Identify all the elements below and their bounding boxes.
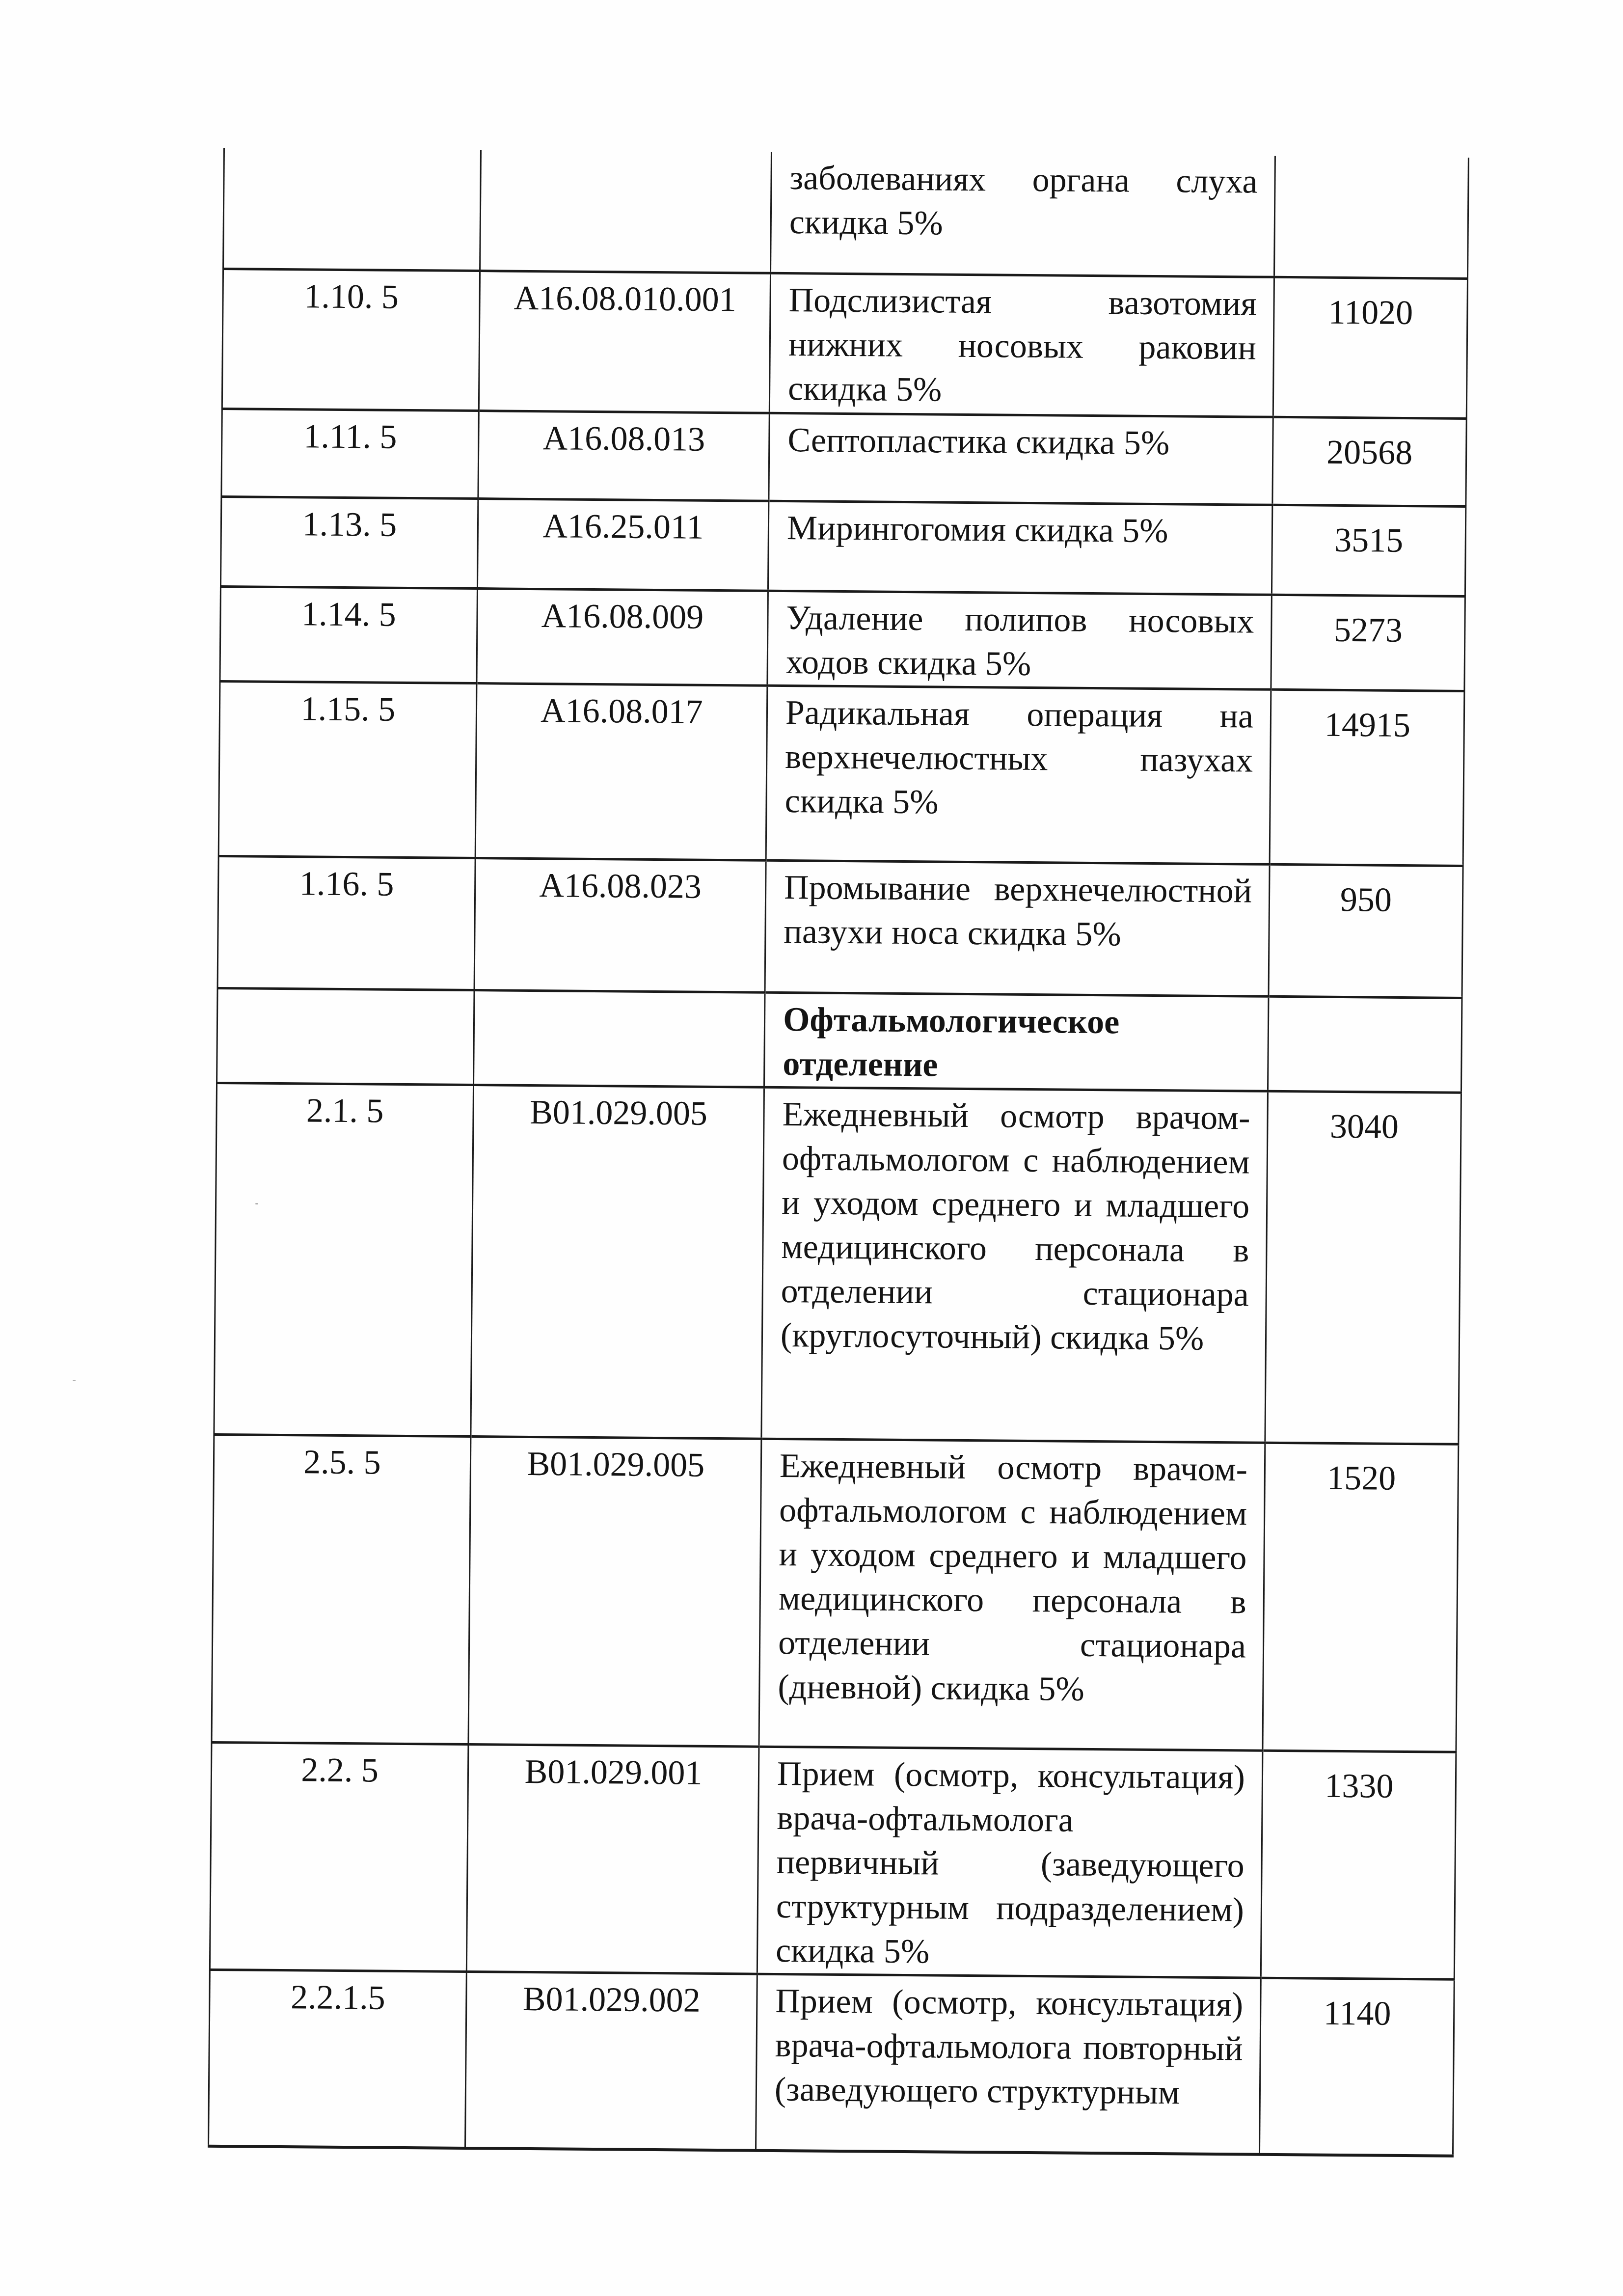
table-row: 1.14. 5 А16.08.009 Удаление полипов носо… — [220, 586, 1465, 691]
item-number-cell: 2.2. 5 — [210, 1742, 468, 1971]
service-code-cell — [480, 150, 772, 273]
price-cell: 20568 — [1272, 417, 1466, 506]
service-description: Ежедневный осмотр врачом-офтальмологом с… — [781, 1093, 1250, 1361]
service-description: Промывание верхнечелюстной пазухи носа с… — [784, 866, 1252, 957]
price-cell: 5273 — [1271, 595, 1465, 691]
service-code-cell — [474, 990, 765, 1087]
table-row: 2.2.1.5 В01.029.002 Прием (осмотр, консу… — [209, 1969, 1455, 2156]
service-description-cell: Прием (осмотр, консультация) врача-офтал… — [757, 1747, 1263, 1978]
service-description-cell: Промывание верхнечелюстной пазухи носа с… — [765, 860, 1270, 996]
service-description-cell: Радикальная операция на верхнечелюстных … — [766, 685, 1271, 864]
table-row: 1.13. 5 А16.25.011 Мирингогомия скидка 5… — [220, 496, 1465, 596]
item-number-cell: 1.14. 5 — [220, 586, 477, 683]
item-number-cell: 2.2.1.5 — [209, 1969, 467, 2148]
service-description-cell: Ежедневный осмотр врачом-офтальмологом с… — [759, 1439, 1265, 1750]
price-cell: 1140 — [1259, 1978, 1454, 2156]
table-row: 2.5. 5 В01.029.005 Ежедневный осмотр вра… — [212, 1434, 1459, 1752]
service-code-cell: В01.029.001 — [466, 1744, 759, 1974]
service-code-cell: В01.029.005 — [468, 1436, 761, 1747]
service-description: Мирингогомия скидка 5% — [787, 506, 1255, 554]
item-number-cell: 2.5. 5 — [212, 1434, 471, 1744]
item-number-cell: 1.13. 5 — [220, 496, 478, 588]
price-cell: 3040 — [1265, 1091, 1461, 1444]
section-heading: Офтальмологическое отделение — [783, 998, 1251, 1090]
price-cell: 3515 — [1271, 505, 1465, 596]
service-description: Септопластика скидка 5% — [787, 418, 1256, 466]
table-row: 2.1. 5 В01.029.005 Ежедневный осмотр вра… — [214, 1083, 1461, 1444]
service-description-cell: Прием (осмотр, консультация) врача-офтал… — [756, 1974, 1261, 2155]
service-code-cell: А16.08.010.001 — [479, 271, 770, 413]
table-row: 1.16. 5 А16.08.023 Промывание верхнечелю… — [217, 856, 1463, 998]
table-row-continuation: заболеваниях органа слуха скидка 5% — [223, 148, 1469, 278]
service-description: заболеваниях органа слуха скидка 5% — [789, 156, 1257, 248]
price-cell: 1520 — [1263, 1443, 1459, 1752]
service-code-cell: А16.08.023 — [474, 858, 766, 992]
table-row: 2.2. 5 В01.029.001 Прием (осмотр, консул… — [210, 1742, 1456, 1979]
service-description-cell: Ежедневный осмотр врачом-офтальмологом с… — [761, 1087, 1268, 1443]
service-code-cell: А16.08.009 — [477, 588, 768, 685]
service-code-cell: В01.029.005 — [471, 1085, 764, 1439]
service-description: Прием (осмотр, консультация) врача-офтал… — [776, 1751, 1245, 1976]
service-description-cell: Мирингогомия скидка 5% — [768, 501, 1272, 595]
price-cell — [1268, 996, 1462, 1093]
service-code-cell: В01.029.002 — [465, 1971, 757, 2151]
price-cell: 950 — [1269, 864, 1463, 998]
service-code-cell: А16.08.013 — [478, 410, 769, 501]
scan-speck — [255, 1203, 258, 1204]
price-cell: 11020 — [1273, 277, 1467, 418]
item-number-cell: 1.15. 5 — [218, 681, 477, 858]
service-description-cell: Подслизистая вазотомия нижних носовых ра… — [769, 273, 1274, 417]
item-number-cell — [223, 148, 481, 271]
section-heading-row: Офтальмологическое отделение — [217, 988, 1462, 1093]
service-description-cell: Удаление полипов носовых ходов скидка 5% — [767, 591, 1271, 689]
item-number-cell: 1.16. 5 — [217, 856, 475, 990]
item-number-cell: 2.1. 5 — [214, 1083, 474, 1436]
service-code-cell: А16.08.017 — [475, 683, 767, 860]
scanned-document-page: заболеваниях органа слуха скидка 5% 1.10… — [0, 0, 1623, 2296]
service-description: Прием (осмотр, консультация) врача-офтал… — [775, 1979, 1244, 2115]
item-number-cell — [217, 988, 474, 1085]
section-heading-cell: Офтальмологическое отделение — [764, 992, 1269, 1091]
service-description: Ежедневный осмотр врачом-офтальмологом с… — [778, 1444, 1247, 1712]
price-cell: 14915 — [1270, 689, 1464, 866]
service-code-cell: А16.25.011 — [477, 498, 768, 591]
item-number-cell: 1.10. 5 — [222, 269, 480, 410]
service-description: Радикальная операция на верхнечелюстных … — [784, 691, 1253, 827]
service-description: Подслизистая вазотомия нижних носовых ра… — [788, 278, 1257, 414]
table-row: 1.11. 5 А16.08.013 Септопластика скидка … — [221, 409, 1466, 506]
table-row: 1.15. 5 А16.08.017 Радикальная операция … — [218, 681, 1464, 866]
item-number-cell: 1.11. 5 — [221, 409, 479, 498]
price-cell: 1330 — [1261, 1750, 1456, 1979]
price-cell — [1274, 156, 1469, 278]
scan-speck — [73, 1380, 76, 1381]
price-list-table: заболеваниях органа слуха скидка 5% 1.10… — [208, 148, 1469, 2158]
table-row: 1.10. 5 А16.08.010.001 Подслизистая вазо… — [222, 269, 1467, 418]
service-description-cell: Септопластика скидка 5% — [769, 413, 1273, 505]
service-description: Удаление полипов носовых ходов скидка 5% — [785, 596, 1254, 688]
service-description-cell: заболеваниях органа слуха скидка 5% — [771, 152, 1275, 277]
